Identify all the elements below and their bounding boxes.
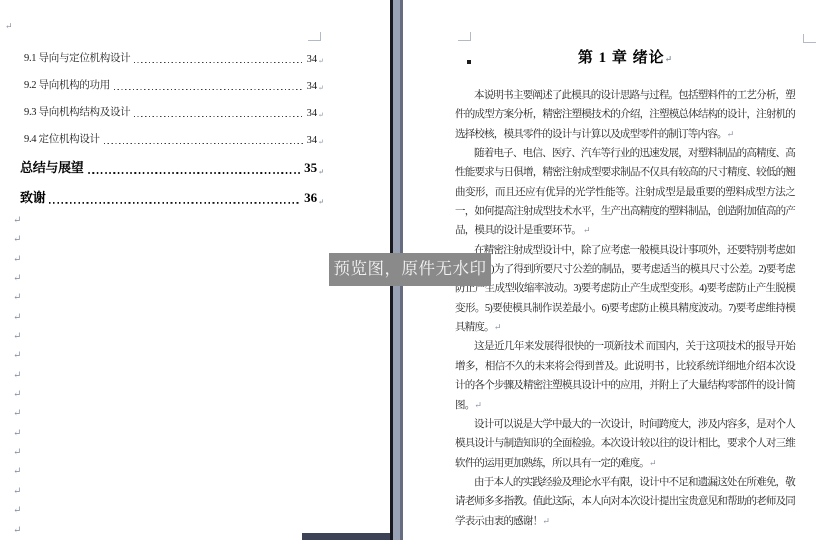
preview-watermark: 预览图，原件无水印 [329, 253, 491, 286]
dot-leader [104, 142, 304, 144]
toc-page-number: 34 [307, 135, 318, 146]
toc-entry[interactable]: 9.4 定位机构设计 34 ↵ [24, 125, 324, 152]
paragraph-mark: ↵ [474, 400, 482, 410]
paragraph-mark: ↵ [494, 322, 502, 332]
chapter-body: 本说明书主要阐述了此模具的设计思路与过程。包括塑料件的工艺分析，塑件的成型方案分… [455, 86, 795, 531]
empty-paragraph-marks: ↵↵↵↵↵↵↵↵↵↵↵↵↵↵↵↵↵ [13, 216, 21, 540]
toc-page-number: 36 [304, 190, 317, 206]
paragraph-mark: ↵ [318, 199, 324, 206]
toc-entry-label: 9.4 定位机构设计 [24, 131, 100, 146]
dot-leader [134, 115, 303, 117]
chapter-heading-text: 第 1 章 绪论 [578, 50, 665, 66]
paragraph-mark: ↵ [583, 225, 591, 235]
dot-leader [134, 61, 303, 63]
toc-entry[interactable]: 9.3 导向机构结构及设计 34 ↵ [24, 98, 324, 125]
paragraph-mark: ↵ [727, 129, 735, 139]
chapter-heading: 第 1 章 绪论↵ [455, 46, 795, 67]
body-paragraph: 在精密注射成型设计中，除了应考虑一般模具设计事项外，还要特别考虑如下事项:1)为… [455, 241, 795, 338]
body-paragraph: 这是近几年来发展得很快的一项新技术 而国内，关于这项技术的报导开始增多，相信不久… [455, 337, 795, 414]
toc-entry-label: 9.2 导向机构的功用 [24, 77, 110, 92]
paragraph-mark: ↵ [318, 112, 324, 119]
toc-page-number: 34 [307, 81, 318, 92]
toc-entry[interactable]: 总结与展望 35 ↵ [20, 152, 324, 182]
toc-entry[interactable]: 9.2 导向机构的功用 34 ↵ [24, 71, 324, 98]
paragraph-mark: ↵ [318, 139, 324, 146]
toc-page-number: 34 [307, 108, 318, 119]
dot-leader [49, 202, 301, 204]
toc-entry-label: 9.1 导向与定位机构设计 [24, 50, 130, 65]
paragraph-mark: ↵ [542, 516, 550, 526]
toc-page-number: 35 [304, 160, 317, 176]
text-boundary-corner-mark [458, 32, 471, 41]
dot-leader [88, 172, 302, 174]
toc-entry-label: 致谢 [20, 187, 45, 206]
text-boundary-corner-mark [308, 32, 321, 41]
paragraph-mark: ↵ [665, 54, 673, 64]
body-paragraph: 由于本人的实践经验及理论水平有限，设计中不足和遗漏这处在所难免，敬请老师多多指教… [455, 473, 795, 531]
paragraph-mark: ↵ [649, 458, 657, 468]
table-of-contents: 9.1 导向与定位机构设计 34 ↵ 9.2 导向机构的功用 34 ↵ 9.3 … [24, 44, 324, 212]
body-paragraph: 本说明书主要阐述了此模具的设计思路与过程。包括塑料件的工艺分析，塑件的成型方案分… [455, 86, 795, 144]
toc-page-number: 34 [307, 54, 318, 65]
dot-leader [114, 88, 304, 90]
document-preview-canvas: ↵ 9.1 导向与定位机构设计 34 ↵ 9.2 导向机构的功用 34 ↵ 9.… [0, 0, 820, 540]
paragraph-mark: ↵ [318, 58, 324, 65]
body-paragraph: 随着电子、电信、医疗、汽车等行业的迅速发展，对塑料制品的高精度、高性能要求与日俱… [455, 144, 795, 241]
paragraph-mark: ↵ [318, 85, 324, 92]
paragraph-mark: ↵ [318, 169, 324, 176]
text-boundary-corner-mark [803, 34, 816, 43]
toc-entry-label: 9.3 导向机构结构及设计 [24, 104, 130, 119]
toc-entry[interactable]: 致谢 36 ↵ [20, 182, 324, 212]
body-paragraph: 设计可以说是大学中最大的一次设计，时间跨度大，涉及内容多，是对个人模具设计与制造… [455, 415, 795, 473]
paragraph-mark: ↵ [5, 22, 13, 31]
toc-entry[interactable]: 9.1 导向与定位机构设计 34 ↵ [24, 44, 324, 71]
toc-entry-label: 总结与展望 [20, 157, 84, 176]
